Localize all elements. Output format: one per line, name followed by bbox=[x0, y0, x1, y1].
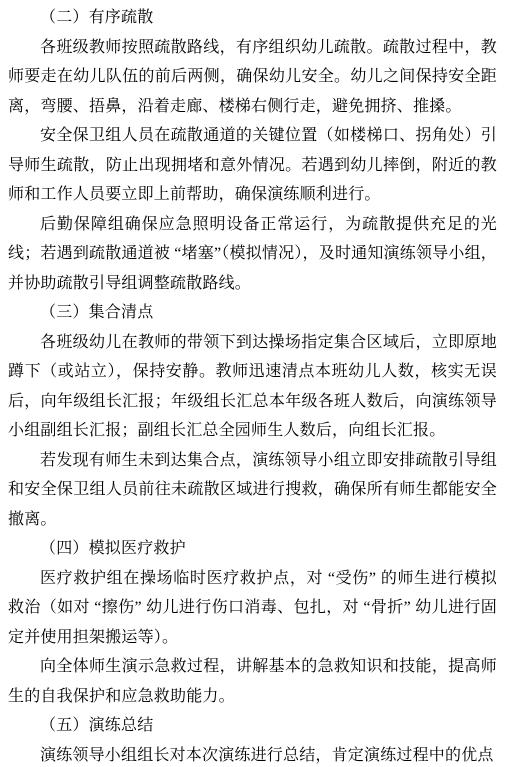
paragraph: 演练领导小组组长对本次演练进行总结，肯定演练过程中的优点 bbox=[8, 741, 497, 767]
paragraph: 安全保卫组人员在疏散通道的关键位置（如楼梯口、拐角处）引导师生疏散，防止出现拥堵… bbox=[8, 121, 497, 210]
paragraph: 医疗救护组在操场临时医疗救护点，对 “受伤” 的师生进行模拟救治（如对 “擦伤”… bbox=[8, 564, 497, 653]
paragraph: 各班级教师按照疏散路线，有序组织幼儿疏散。疏散过程中，教师要走在幼儿队伍的前后两… bbox=[8, 33, 497, 122]
section-heading-5-drill-summary: （五）演练总结 bbox=[8, 711, 497, 741]
section-heading-2-orderly-evacuation: （二）有序疏散 bbox=[8, 3, 497, 33]
section-heading-4-simulated-medical-rescue: （四）模拟医疗救护 bbox=[8, 534, 497, 564]
paragraph: 若发现有师生未到达集合点，演练领导小组立即安排疏散引导组和安全保卫组人员前往未疏… bbox=[8, 446, 497, 535]
section-heading-3-assembly-count: （三）集合清点 bbox=[8, 298, 497, 328]
paragraph: 各班级幼儿在教师的带领下到达操场指定集合区域后，立即原地蹲下（或站立），保持安静… bbox=[8, 328, 497, 446]
document-page: （二）有序疏散 各班级教师按照疏散路线，有序组织幼儿疏散。疏散过程中，教师要走在… bbox=[0, 0, 506, 767]
paragraph: 向全体师生演示急救过程，讲解基本的急救知识和技能，提高师生的自我保护和应急救助能… bbox=[8, 652, 497, 711]
paragraph: 后勤保障组确保应急照明设备正常运行，为疏散提供充足的光线；若遇到疏散通道被 “堵… bbox=[8, 210, 497, 299]
